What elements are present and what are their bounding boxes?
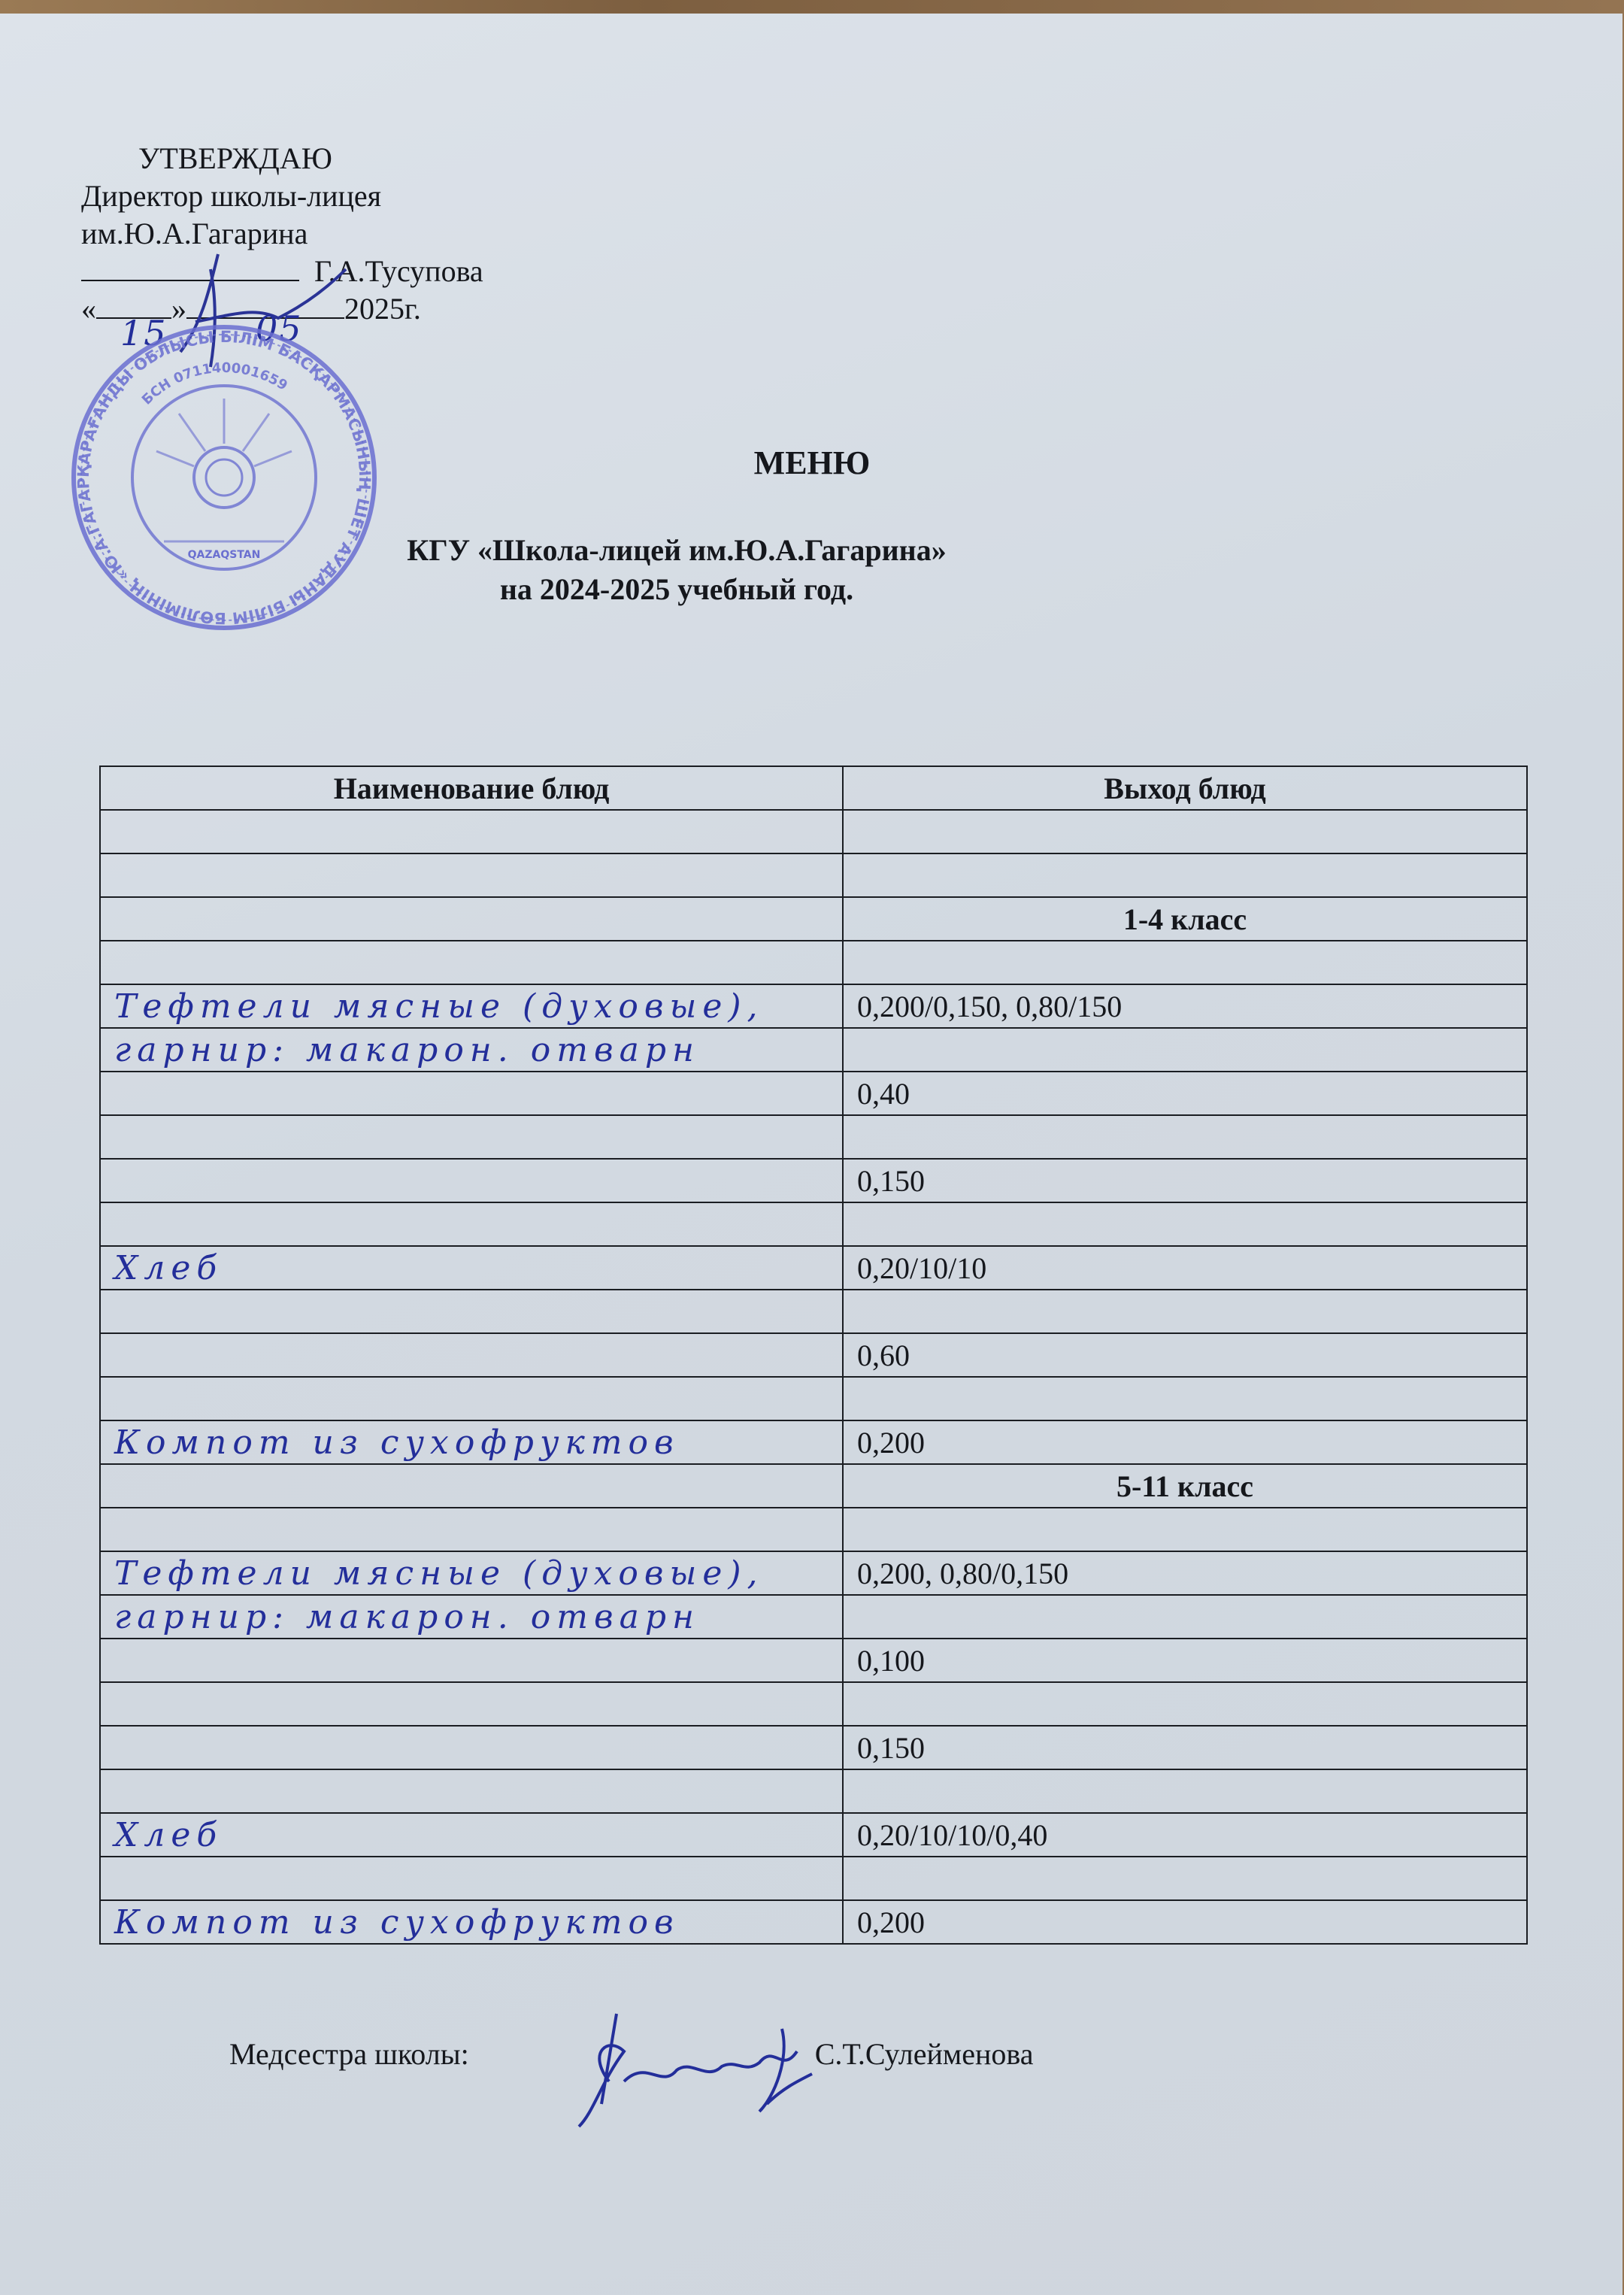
yield-cell: 0,60 (843, 1333, 1527, 1377)
yield-cell (843, 1682, 1527, 1726)
table-row: 0,150 (100, 1159, 1527, 1202)
dish-name-cell (100, 1333, 843, 1377)
yield-cell (843, 1115, 1527, 1159)
yield-cell (843, 1377, 1527, 1420)
yield-cell: 0,150 (843, 1159, 1527, 1202)
yield-cell: 0,150 (843, 1726, 1527, 1769)
yield-cell (843, 1290, 1527, 1333)
page-title: МЕНЮ (0, 444, 1624, 482)
menu-table: Наименование блюд Выход блюд 1-4 классТе… (99, 766, 1528, 1945)
table-row: Тефтели мясные (духовые),0,200/0,150, 0,… (100, 984, 1527, 1028)
dish-name-cell (100, 1508, 843, 1551)
class-group-label: 1-4 класс (843, 897, 1527, 941)
dish-name-cell: Тефтели мясные (духовые), (100, 1551, 843, 1595)
yield-cell (843, 810, 1527, 853)
yield-cell (843, 1857, 1527, 1900)
column-header-dish: Наименование блюд (100, 766, 843, 810)
table-row (100, 810, 1527, 853)
table-row: Хлеб0,20/10/10/0,40 (100, 1813, 1527, 1857)
table-row (100, 1202, 1527, 1246)
yield-cell: 0,20/10/10 (843, 1246, 1527, 1290)
yield-cell (843, 941, 1527, 984)
table-row: Хлеб0,20/10/10 (100, 1246, 1527, 1290)
table-row: гарнир: макарон. отварн (100, 1028, 1527, 1072)
dish-name-cell (100, 1377, 843, 1420)
table-row: 0,60 (100, 1333, 1527, 1377)
yield-cell (843, 1202, 1527, 1246)
dish-name-cell (100, 941, 843, 984)
dish-name-cell: Хлеб (100, 1813, 843, 1857)
svg-text:БСН 071140001659: БСН 071140001659 (139, 360, 290, 408)
table-row (100, 1115, 1527, 1159)
yield-cell (843, 1769, 1527, 1813)
dish-name-cell (100, 897, 843, 941)
table-row: 0,150 (100, 1726, 1527, 1769)
table-row (100, 1682, 1527, 1726)
organization-name: КГУ «Школа-лицей им.Ю.А.Гагарина» (0, 532, 1489, 568)
dish-name-cell (100, 1464, 843, 1508)
yield-cell: 0,200, 0,80/0,150 (843, 1551, 1527, 1595)
table-row: Компот из сухофруктов0,200 (100, 1900, 1527, 1944)
dish-name-cell (100, 1072, 843, 1115)
dish-name-cell: гарнир: макарон. отварн (100, 1595, 843, 1639)
dish-name-cell (100, 853, 843, 897)
yield-cell: 0,200 (843, 1900, 1527, 1944)
document-page: УТВЕРЖДАЮ Директор школы-лицея им.Ю.А.Га… (0, 14, 1622, 2295)
dish-name-cell (100, 1769, 843, 1813)
dish-name-cell (100, 1857, 843, 1900)
table-row (100, 853, 1527, 897)
nurse-signature (556, 1999, 857, 2134)
dish-name-cell (100, 1639, 843, 1682)
table-row (100, 1508, 1527, 1551)
dish-name-cell (100, 1115, 843, 1159)
dish-name-cell: Компот из сухофруктов (100, 1900, 843, 1944)
yield-cell: 0,200/0,150, 0,80/150 (843, 984, 1527, 1028)
table-row: 0,40 (100, 1072, 1527, 1115)
column-header-yield: Выход блюд (843, 766, 1527, 810)
yield-cell: 0,20/10/10/0,40 (843, 1813, 1527, 1857)
yield-cell (843, 1508, 1527, 1551)
table-row: Компот из сухофруктов0,200 (100, 1420, 1527, 1464)
approval-heading: УТВЕРЖДАЮ (81, 140, 483, 177)
dish-name-cell (100, 810, 843, 853)
dish-name-cell (100, 1682, 843, 1726)
dish-name-cell: гарнир: макарон. отварн (100, 1028, 843, 1072)
table-row (100, 1377, 1527, 1420)
table-row (100, 941, 1527, 984)
dish-name-cell: Хлеб (100, 1246, 843, 1290)
table-row: Тефтели мясные (духовые),0,200, 0,80/0,1… (100, 1551, 1527, 1595)
yield-cell: 0,100 (843, 1639, 1527, 1682)
table-row (100, 1857, 1527, 1900)
table-row: 0,100 (100, 1639, 1527, 1682)
table-row (100, 1290, 1527, 1333)
yield-cell: 0,40 (843, 1072, 1527, 1115)
group-header-row: 1-4 класс (100, 897, 1527, 941)
group-header-row: 5-11 класс (100, 1464, 1527, 1508)
dish-name-cell (100, 1159, 843, 1202)
dish-name-cell (100, 1202, 843, 1246)
nurse-label: Медсестра школы: (229, 2037, 469, 2071)
yield-cell: 0,200 (843, 1420, 1527, 1464)
class-group-label: 5-11 класс (843, 1464, 1527, 1508)
dish-name-cell: Тефтели мясные (духовые), (100, 984, 843, 1028)
table-row (100, 1769, 1527, 1813)
yield-cell (843, 1595, 1527, 1639)
yield-cell (843, 853, 1527, 897)
approval-position-line1: Директор школы-лицея (81, 177, 483, 215)
yield-cell (843, 1028, 1527, 1072)
dish-name-cell (100, 1726, 843, 1769)
dish-name-cell (100, 1290, 843, 1333)
table-row: гарнир: макарон. отварн (100, 1595, 1527, 1639)
table-header-row: Наименование блюд Выход блюд (100, 766, 1527, 810)
dish-name-cell: Компот из сухофруктов (100, 1420, 843, 1464)
school-year: на 2024-2025 учебный год. (0, 571, 1489, 607)
